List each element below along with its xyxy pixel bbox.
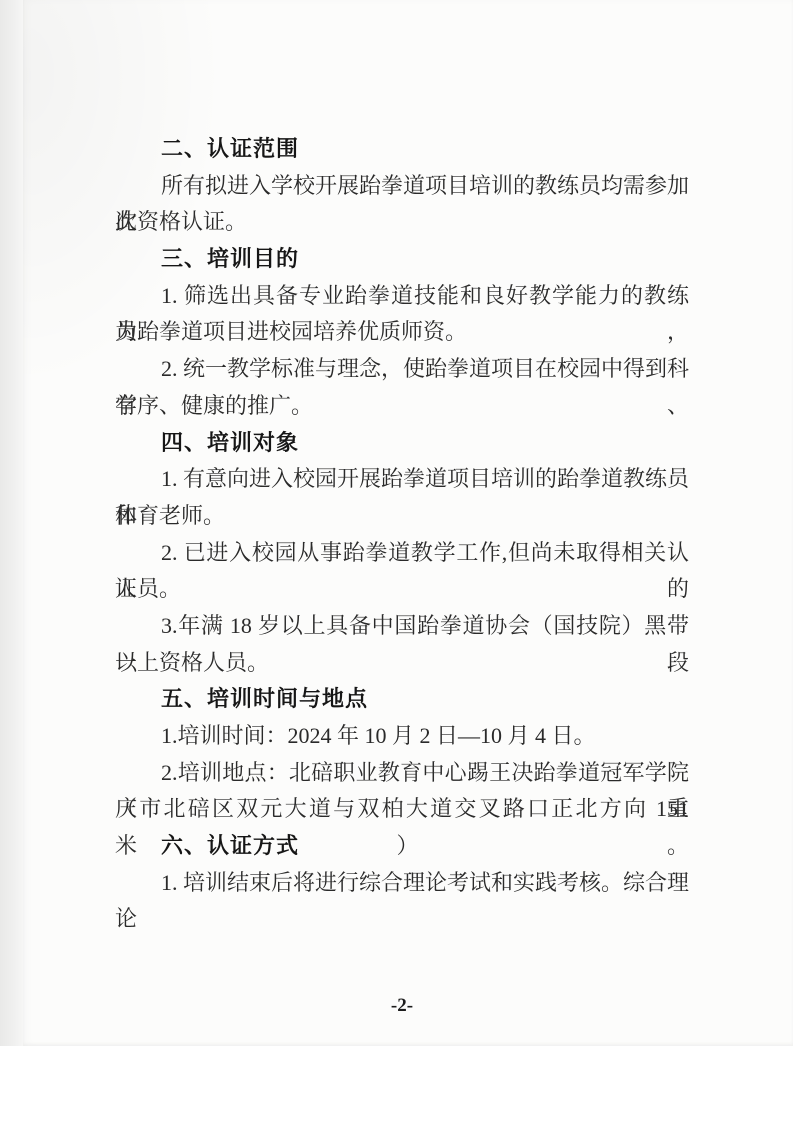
text-line: 体育老师。: [115, 498, 689, 535]
scan-left-edge: [0, 0, 23, 1046]
text-line: 庆市北碚区双元大道与双柏大道交叉路口正北方向 151 米）。: [115, 791, 689, 828]
text-line: 1. 培训结束后将进行综合理论考试和实践考核。综合理论: [115, 865, 689, 902]
text-line: 1.培训时间：2024 年 10 月 2 日—10 月 4 日。: [115, 718, 689, 755]
section-heading-training-targets: 四、培训对象: [115, 425, 689, 462]
scan-bottom-area: [0, 1046, 793, 1123]
section-heading-certification-scope: 二、认证范围: [115, 131, 689, 168]
text-line: 所有拟进入学校开展跆拳道项目培训的教练员均需参加此: [115, 168, 689, 205]
text-line: 2.培训地点：北碚职业教育中心踢王决跆拳道冠军学院（重: [115, 755, 689, 792]
section-heading-training-purpose: 三、培训目的: [115, 241, 689, 278]
document-page: 二、认证范围 所有拟进入学校开展跆拳道项目培训的教练员均需参加此 次资格认证。 …: [0, 0, 793, 1123]
text-line: 2. 已进入校园从事跆拳道教学工作,但尚未取得相关认证的: [115, 535, 689, 572]
section-heading-time-and-place: 五、培训时间与地点: [115, 681, 689, 718]
text-line: 3.年满 18 岁以上具备中国跆拳道协会（国技院）黑带一段: [115, 608, 689, 645]
text-line: 2. 统一教学标准与理念，使跆拳道项目在校园中得到科学、: [115, 351, 689, 388]
text-line: 1. 筛选出具备专业跆拳道技能和良好教学能力的教练员，: [115, 278, 689, 315]
text-line: 1. 有意向进入校园开展跆拳道项目培训的跆拳道教练员和: [115, 461, 689, 498]
text-line: 次资格认证。: [115, 204, 689, 241]
document-body: 二、认证范围 所有拟进入学校开展跆拳道项目培训的教练员均需参加此 次资格认证。 …: [115, 131, 689, 901]
page-number: -2-: [115, 995, 689, 1017]
